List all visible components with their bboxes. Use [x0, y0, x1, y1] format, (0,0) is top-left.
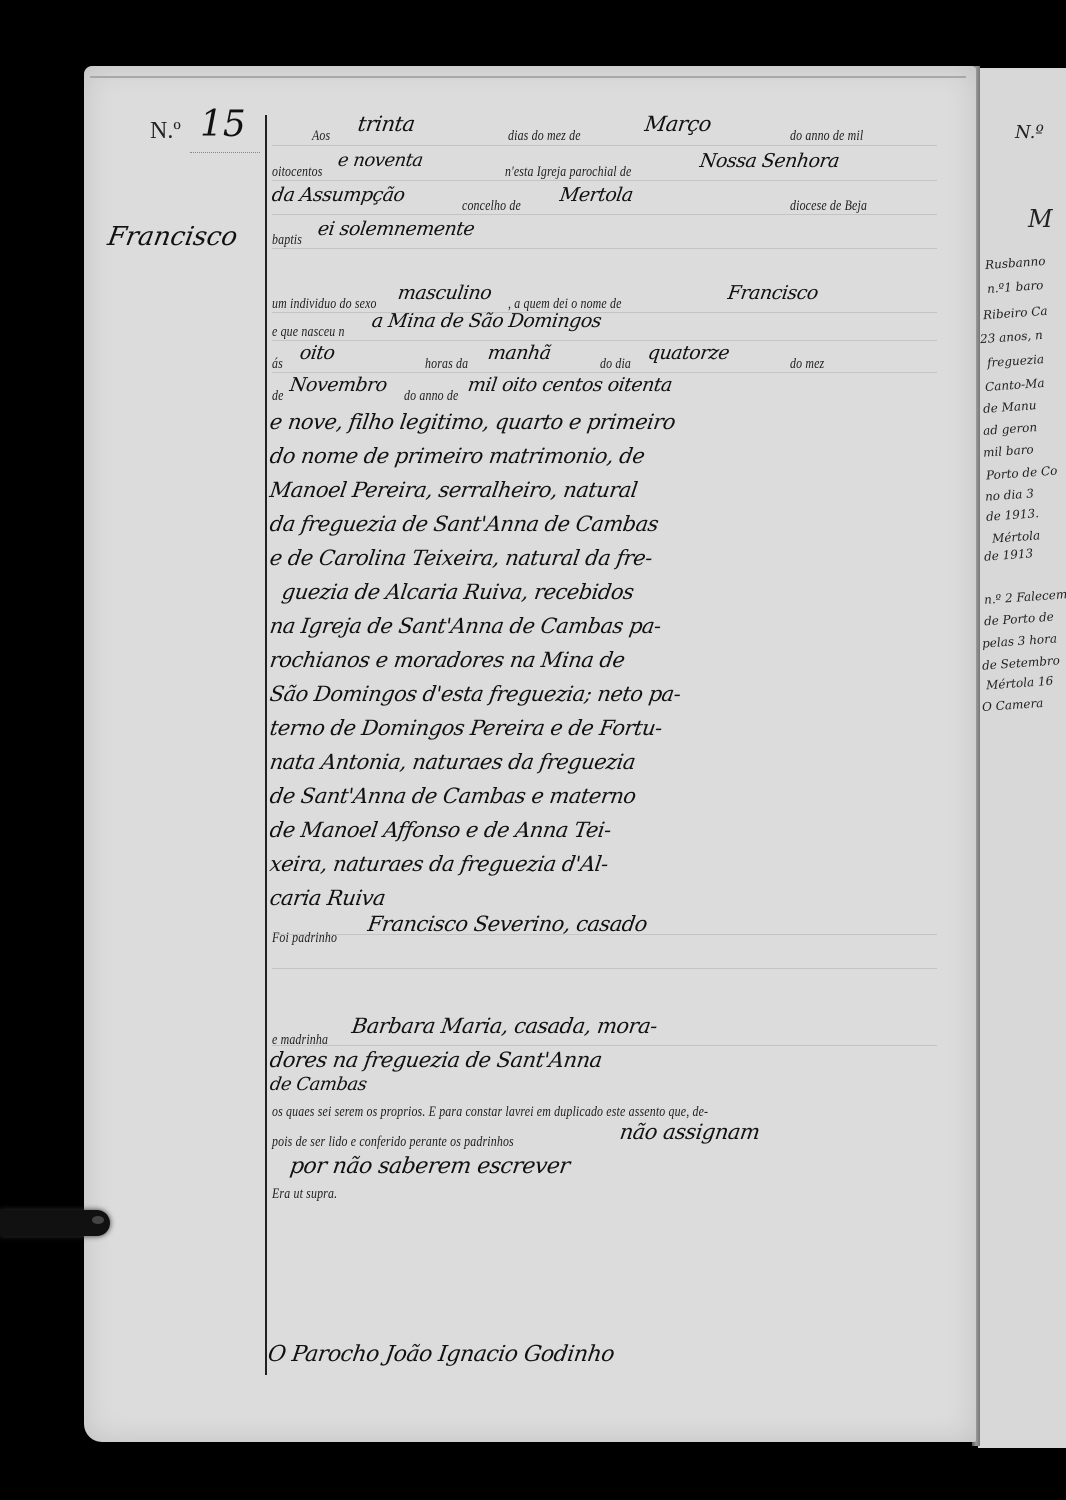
- body-line: terno de Domingos Pereira e de Fortu-: [268, 716, 663, 740]
- hand-hour: oito: [298, 342, 336, 364]
- hand-year-suffix: e noventa: [337, 150, 425, 171]
- adjacent-right-page: [978, 68, 1066, 1448]
- printed-individuo-sexo: um individuo do sexo: [272, 296, 377, 313]
- printed-de: de: [272, 388, 284, 405]
- hand-godmother-1: Barbara Maria, casada, mora-: [350, 1014, 658, 1038]
- printed-padrinho-label: Foi padrinho: [272, 930, 337, 947]
- printed-oitocentos: oitocentos: [272, 164, 323, 181]
- body-line: e de Carolina Teixeira, natural da fre-: [268, 546, 653, 570]
- ruled-line: [272, 145, 937, 146]
- entry-number-label: N.º: [150, 118, 181, 145]
- ruled-line: [272, 1045, 937, 1046]
- printed-nasceu: e que nasceu n: [272, 324, 345, 341]
- margin-child-name: Francisco: [105, 222, 239, 252]
- hand-period: manhã: [486, 342, 552, 364]
- printed-concelho: concelho de: [462, 198, 521, 215]
- printed-closing-2: pois de ser lido e conferido perante os …: [272, 1134, 514, 1151]
- printed-diocese: diocese de Beja: [790, 198, 867, 215]
- body-line: da freguezia de Sant'Anna de Cambas: [268, 512, 660, 536]
- printed-baptis: baptis: [272, 232, 302, 249]
- ruled-line: [272, 340, 937, 341]
- hand-birth-month: Novembro: [288, 374, 388, 396]
- entry-number-rule: [190, 152, 260, 153]
- body-line: de Manoel Affonso e de Anna Tei-: [268, 818, 612, 842]
- body-line: xeira, naturaes da freguezia d'Al-: [268, 852, 609, 876]
- hand-signature-note-1: não assignam: [618, 1120, 761, 1144]
- hand-name: Francisco: [726, 282, 819, 304]
- hand-parish-2: da Assumpção: [270, 184, 406, 206]
- right-page-note: M: [1028, 205, 1053, 233]
- body-line: guezia de Alcaria Ruiva, recebidos: [280, 580, 635, 604]
- pen-clip-object: [0, 1210, 110, 1236]
- ruled-line: [272, 968, 937, 969]
- hand-godfather: Francisco Severino, casado: [366, 912, 648, 936]
- hand-municipality: Mertola: [558, 184, 634, 206]
- priest-signature: O Parocho João Ignacio Godinho: [266, 1342, 616, 1367]
- printed-aos: Aos: [312, 128, 330, 145]
- ruled-line: [272, 248, 937, 249]
- hand-godmother-2: dores na freguezia de Sant'Anna: [268, 1048, 603, 1072]
- printed-do-anno-de: do anno de: [404, 388, 458, 405]
- printed-igreja-parochial: n'esta Igreja parochial de: [505, 164, 631, 181]
- hand-birthplace: a Mina de São Domingos: [370, 310, 602, 332]
- hand-day: trinta: [356, 112, 416, 136]
- printed-dias-do-mez: dias do mez de: [508, 128, 581, 145]
- printed-do-anno: do anno de mil: [790, 128, 863, 145]
- printed-as: ás: [272, 356, 283, 373]
- right-page-entry-label: N.º: [1015, 122, 1044, 143]
- hand-baptism-type: ei solemnemente: [316, 218, 475, 240]
- body-line: na Igreja de Sant'Anna de Cambas pa-: [268, 614, 662, 638]
- printed-closing-1: os quaes sei serem os proprios. E para c…: [272, 1104, 708, 1121]
- hand-month: Março: [643, 112, 712, 136]
- hand-signature-note-2: por não saberem escrever: [288, 1154, 571, 1179]
- printed-horas-da: horas da: [425, 356, 468, 373]
- body-line: nata Antonia, naturaes da freguezia: [268, 750, 636, 774]
- hand-birth-year: mil oito centos oitenta: [466, 374, 673, 396]
- hand-parish: Nossa Senhora: [698, 150, 840, 172]
- hand-sex: masculino: [396, 282, 492, 304]
- body-line: de Sant'Anna de Cambas e materno: [268, 784, 637, 808]
- hand-birth-day: quatorze: [646, 342, 730, 364]
- printed-do-mez: do mez: [790, 356, 824, 373]
- printed-madrinha-label: e madrinha: [272, 1032, 328, 1049]
- printed-era-ut-supra: Era ut supra.: [272, 1186, 337, 1203]
- body-line: caria Ruiva: [268, 886, 387, 910]
- printed-do-dia: do dia: [600, 356, 631, 373]
- body-line: Manoel Pereira, serralheiro, natural: [268, 478, 639, 502]
- margin-rule: [265, 115, 267, 1375]
- body-line: São Domingos d'esta freguezia; neto pa-: [268, 682, 682, 706]
- body-line: e nove, filho legitimo, quarto e primeir…: [268, 410, 677, 434]
- body-line: rochianos e moradores na Mina de: [268, 648, 626, 672]
- entry-number: 15: [200, 104, 246, 145]
- body-line: do nome de primeiro matrimonio, de: [268, 444, 646, 468]
- hand-godmother-3: de Cambas: [269, 1074, 368, 1095]
